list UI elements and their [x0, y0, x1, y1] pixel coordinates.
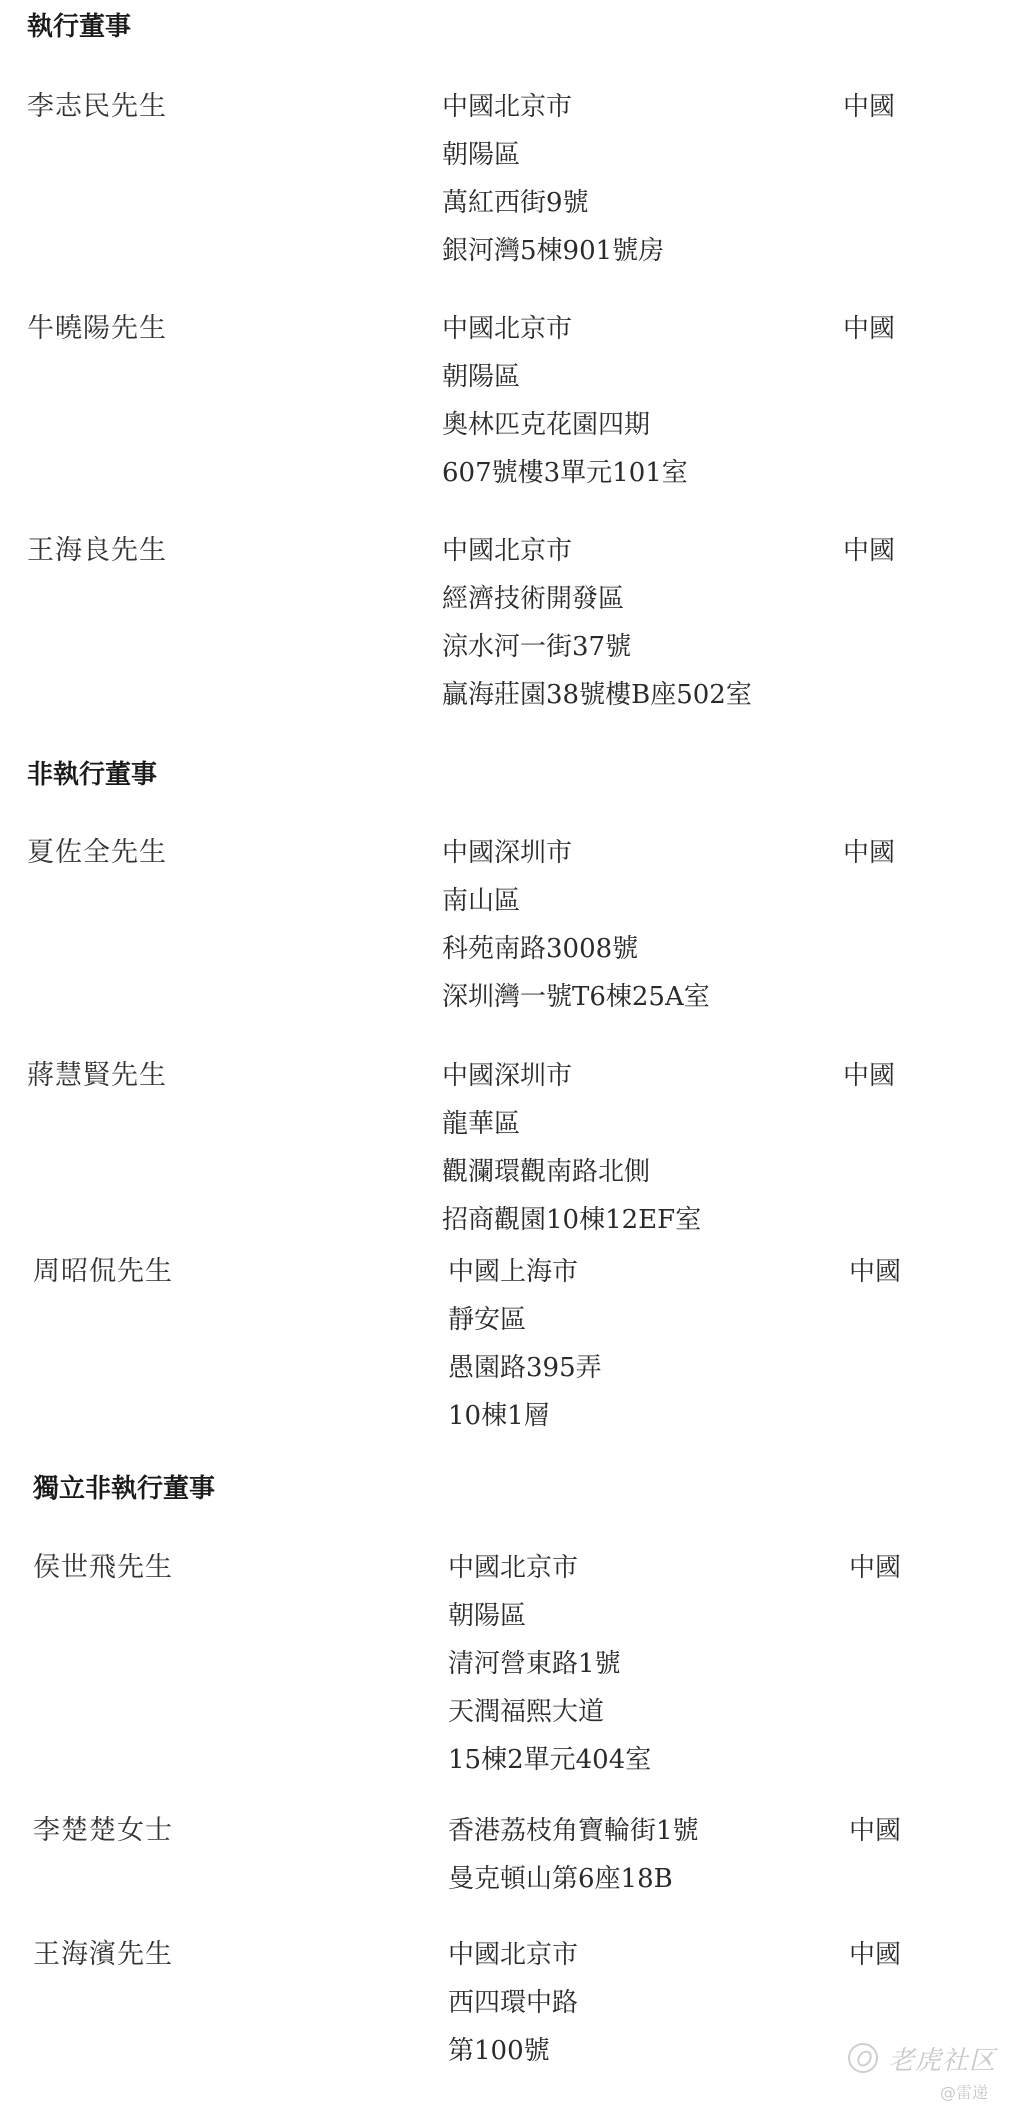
address-line: 朝陽區 [442, 362, 688, 410]
address-line: 15棟2單元404室 [448, 1745, 651, 1793]
address-line: 中國深圳市 [442, 838, 710, 886]
watermark-brand: 老虎社区 [888, 2040, 996, 2077]
director-address: 中國北京市 經濟技術開發區 涼水河一街37號 贏海莊園38號樓B座502室 [442, 536, 752, 728]
address-line: 朝陽區 [442, 140, 664, 188]
address-line: 靜安區 [448, 1305, 602, 1353]
address-line: 中國上海市 [448, 1257, 602, 1305]
director-nationality: 中國 [843, 838, 895, 868]
section-heading-non-executive-directors: 非執行董事 [27, 760, 157, 790]
director-nationality: 中國 [849, 1940, 901, 1970]
director-name: 王海濱先生 [33, 1940, 173, 1970]
address-line: 南山區 [442, 886, 710, 934]
director-name: 李楚楚女士 [33, 1816, 173, 1846]
director-nationality: 中國 [849, 1816, 901, 1846]
address-line: 曼克頓山第6座18B [448, 1864, 699, 1912]
address-line: 天潤福熙大道 [448, 1697, 651, 1745]
address-line: 第100號 [448, 2036, 578, 2084]
director-name: 侯世飛先生 [33, 1553, 173, 1583]
director-name: 王海良先生 [27, 536, 167, 566]
watermark-logo-icon [848, 2043, 878, 2073]
director-name: 蔣慧賢先生 [27, 1061, 167, 1091]
section-heading-executive-directors: 執行董事 [27, 12, 131, 42]
director-nationality: 中國 [849, 1257, 901, 1287]
director-address: 中國上海市 靜安區 愚園路395弄 10棟1層 [448, 1257, 602, 1449]
address-line: 中國深圳市 [442, 1061, 701, 1109]
address-line: 中國北京市 [448, 1553, 651, 1601]
address-line: 中國北京市 [448, 1940, 578, 1988]
director-address: 中國北京市 朝陽區 清河營東路1號 天潤福熙大道 15棟2單元404室 [448, 1553, 651, 1793]
address-line: 朝陽區 [448, 1601, 651, 1649]
address-line: 銀河灣5棟901號房 [442, 236, 664, 284]
address-line: 10棟1層 [448, 1401, 602, 1449]
director-name: 牛曉陽先生 [27, 314, 167, 344]
address-line: 中國北京市 [442, 314, 688, 362]
director-name: 周昭侃先生 [33, 1257, 173, 1287]
director-address: 中國北京市 朝陽區 奧林匹克花園四期 607號樓3單元101室 [442, 314, 688, 506]
address-line: 萬紅西街9號 [442, 188, 664, 236]
address-line: 香港荔枝角寶輪街1號 [448, 1816, 699, 1864]
address-line: 奧林匹克花園四期 [442, 410, 688, 458]
address-line: 中國北京市 [442, 536, 752, 584]
address-line: 西四環中路 [448, 1988, 578, 2036]
section-heading-independent-non-executive-directors: 獨立非執行董事 [33, 1474, 215, 1504]
director-name: 夏佐全先生 [27, 838, 167, 868]
address-line: 607號樓3單元101室 [442, 458, 688, 506]
address-line: 龍華區 [442, 1109, 701, 1157]
director-nationality: 中國 [849, 1553, 901, 1583]
director-address: 中國北京市 朝陽區 萬紅西街9號 銀河灣5棟901號房 [442, 92, 664, 284]
address-line: 贏海莊園38號樓B座502室 [442, 680, 752, 728]
director-nationality: 中國 [843, 92, 895, 122]
address-line: 涼水河一街37號 [442, 632, 752, 680]
address-line: 深圳灣一號T6棟25A室 [442, 982, 710, 1030]
address-line: 中國北京市 [442, 92, 664, 140]
address-line: 觀瀾環觀南路北側 [442, 1157, 701, 1205]
director-nationality: 中國 [843, 536, 895, 566]
address-line: 經濟技術開發區 [442, 584, 752, 632]
address-line: 清河營東路1號 [448, 1649, 651, 1697]
watermark-user: @雷递 [940, 2080, 988, 2103]
address-line: 愚園路395弄 [448, 1353, 602, 1401]
director-address: 中國北京市 西四環中路 第100號 [448, 1940, 578, 2084]
director-nationality: 中國 [843, 1061, 895, 1091]
address-line: 科苑南路3008號 [442, 934, 710, 982]
director-nationality: 中國 [843, 314, 895, 344]
address-line: 招商觀園10棟12EF室 [442, 1205, 701, 1253]
director-name: 李志民先生 [27, 92, 167, 122]
director-address: 中國深圳市 南山區 科苑南路3008號 深圳灣一號T6棟25A室 [442, 838, 710, 1030]
director-address: 香港荔枝角寶輪街1號 曼克頓山第6座18B [448, 1816, 699, 1912]
director-address: 中國深圳市 龍華區 觀瀾環觀南路北側 招商觀園10棟12EF室 [442, 1061, 701, 1253]
